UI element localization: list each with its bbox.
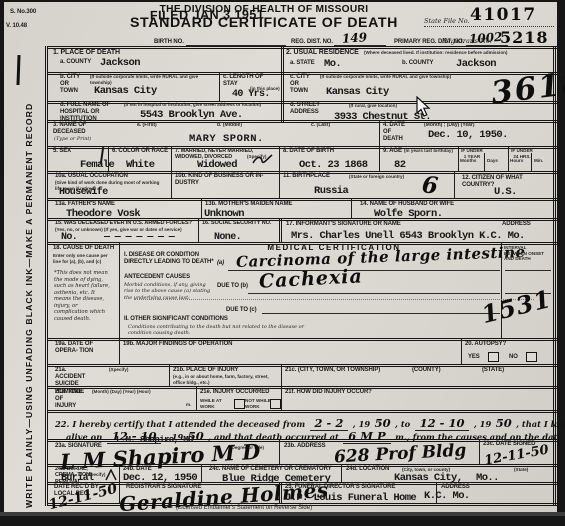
field-8-dob-value: Oct. 23 1868 bbox=[299, 160, 367, 171]
state-file-label: State File No. bbox=[424, 17, 470, 25]
field-2a-state-value: Mo. bbox=[324, 59, 341, 70]
field-21c-state-label: (STATE) bbox=[482, 367, 504, 374]
field-2b-county-value: Jackson bbox=[456, 59, 496, 70]
certificate-paper: S. No.300 V. 10.48 WRITE PLAINLY—USING U… bbox=[4, 2, 557, 512]
due-to-c-label: DUE TO (c) bbox=[226, 307, 257, 314]
field-1b-city-label: b. CITY OR TOWN bbox=[60, 74, 86, 96]
field-24d-location-label: 24d. LOCATION bbox=[346, 466, 389, 473]
injury-while-label: WHILE AT WORK bbox=[200, 398, 232, 409]
field-13b-mother-value: Unknown bbox=[204, 209, 244, 220]
age-min-label: Min. bbox=[534, 158, 543, 164]
field-21c-city-label: 21c. (CITY, TOWN, OR TOWNSHIP) bbox=[285, 367, 380, 374]
field-2c-city-value: Kansas City bbox=[326, 87, 389, 98]
field-20-autopsy-label: 20. AUTOPSY? bbox=[465, 341, 506, 348]
field-12-citizen-value: U.S. bbox=[494, 187, 517, 198]
field-3-name-label: 3. NAME OF DECEASED bbox=[53, 122, 101, 136]
scan-edge-shadow bbox=[0, 512, 565, 516]
antecedent-causes-label: ANTECEDENT CAUSES bbox=[124, 274, 190, 281]
field-3-name-hint: (Type or Print) bbox=[54, 136, 91, 142]
field-11-birthplace-label: 11. BIRTHPLACE bbox=[283, 173, 330, 180]
certify-hour-value: 6 M P bbox=[343, 429, 390, 444]
funeral-director-value: J.P. Louis Funeral Home bbox=[285, 493, 416, 504]
field-2b-county-label: b. COUNTY bbox=[402, 60, 433, 67]
field-2d-street-label: d. STREET ADDRESS bbox=[290, 102, 330, 116]
field-21c-county-label: (COUNTY) bbox=[412, 367, 441, 374]
interval-label: INTERVAL BETWEEN ONSET AND DEATH bbox=[504, 245, 550, 262]
form-number-line2: V. 10.48 bbox=[6, 23, 27, 30]
field-21d-time-hint: (Month) (Day) (Year) (Hour) bbox=[92, 389, 202, 395]
field-21b-place-hint: (e.g., in or about home, farm, factory, … bbox=[173, 374, 273, 385]
state-file-number: 41017 bbox=[470, 5, 537, 25]
autopsy-no-label: NO bbox=[509, 354, 518, 361]
mouse-cursor bbox=[416, 96, 432, 118]
field-8-dob-label: 8. DATE OF BIRTH bbox=[283, 148, 334, 155]
field-2-section-label: 2. USUAL RESIDENCE bbox=[286, 49, 359, 57]
field-2-section-hint: (Where deceased lived. If institution: r… bbox=[364, 50, 552, 56]
age-months-label: Months bbox=[460, 158, 476, 164]
field-21d-m-label: m. bbox=[186, 402, 191, 408]
field-4-dod-hint: (Month) ; (Day) (Year) bbox=[424, 122, 554, 128]
field-24b-date-value: Dec. 12, 1950 bbox=[123, 473, 197, 484]
autopsy-yes-label: YES bbox=[468, 354, 480, 361]
field-1a-county-value: Jackson bbox=[100, 58, 140, 69]
field-23b-address-label: 23b. ADDRESS bbox=[284, 443, 326, 450]
due-to-b-handwritten: Cachexia bbox=[258, 265, 363, 292]
field-16-ssn-value: None. bbox=[214, 233, 241, 243]
reg-dist-number: 149 bbox=[342, 30, 368, 46]
form-number-line1: S. No.300 bbox=[10, 9, 36, 16]
field-1b-city-hint: (If outside corporate limits, write RURA… bbox=[90, 74, 215, 85]
field-1c-stay-value: 40 Yrs. bbox=[232, 90, 270, 100]
field-15-forces-dashes: — — — — — — — bbox=[104, 233, 174, 243]
field-16-ssn-label: 16. SOCIAL SECURITY NO. bbox=[202, 220, 274, 227]
field-11-birthplace-value: Russia bbox=[314, 186, 348, 197]
field-6-race-label: 6. COLOR OR RACE bbox=[112, 148, 168, 155]
not-while-at-work-checkbox bbox=[270, 399, 281, 409]
field-21e-occurred-label: 21e. INJURY OCCURRED bbox=[200, 389, 269, 396]
field-4-dod-value: Dec. 10, 1950. bbox=[428, 130, 508, 141]
division-title: THE DIVISION OF HEALTH OF MISSOURI bbox=[124, 4, 404, 15]
field-1d-institution-hint: (If not in hospital or institution, give… bbox=[124, 102, 269, 108]
field-24d-state-hint: (State) bbox=[514, 467, 528, 473]
field-15-forces-label: 15. WAS DECEASED EVER IN U.S. ARMED FORC… bbox=[55, 220, 197, 227]
burial-caret-mark bbox=[104, 469, 118, 481]
while-at-work-checkbox bbox=[234, 399, 245, 409]
field-13a-father-value: Theodore Vosk bbox=[66, 209, 140, 220]
field-19b-findings-label: 19b. MAJOR FINDINGS OF OPERATION bbox=[123, 341, 232, 348]
margin-vertical-instruction: WRITE PLAINLY—USING UNFADING BLACK INK—M… bbox=[24, 100, 34, 508]
field-24a-burial-value: Burial bbox=[61, 474, 93, 484]
field-14-spouse-value: Wolfe Sporn. bbox=[374, 209, 442, 220]
field-15-forces-value: No. bbox=[61, 233, 77, 243]
field-1d-institution-value: 5543 Brooklyn Ave. bbox=[140, 110, 243, 121]
funeral-address-value: K.C. Mo. bbox=[424, 491, 470, 502]
field-7-marital-value: Widowed bbox=[197, 160, 237, 171]
birthplace-handwritten-annotation: 6 bbox=[421, 171, 440, 200]
field-11-birthplace-hint: (State or foreign country) bbox=[349, 174, 404, 180]
scanned-death-certificate: S. No.300 V. 10.48 WRITE PLAINLY—USING U… bbox=[0, 0, 565, 526]
other-significant-label: II. OTHER SIGNIFICANT CONDITIONS bbox=[124, 316, 228, 323]
field-18-cause-hint: Enter only one cause per line for (a), (… bbox=[53, 253, 113, 264]
field-4-dod-label: 4. DATE OF DEATH bbox=[383, 122, 411, 144]
autopsy-no-checkbox bbox=[526, 352, 537, 362]
antecedent-causes-hint: Morbid conditions, if any, giving rise t… bbox=[124, 282, 214, 301]
field-21f-how-label: 21f. HOW DID INJURY OCCUR? bbox=[285, 389, 372, 396]
field-24d-location-value: Kansas City, bbox=[394, 473, 462, 484]
registrar-number: 5218 bbox=[500, 28, 549, 47]
field-5-sex-label: 5. SEX bbox=[53, 148, 71, 155]
form-title: STANDARD CERTIFICATE OF DEATH bbox=[114, 15, 414, 31]
field-10a-occupation-value: Housewife bbox=[59, 188, 108, 198]
autopsy-yes-checkbox bbox=[488, 352, 499, 362]
field-9-age-label: 9. AGE bbox=[383, 148, 402, 155]
field-1a-county-label: a. COUNTY bbox=[60, 59, 91, 66]
field-1d-institution-label: d. FULL NAME OF HOSPITAL OR INSTITUTION bbox=[60, 102, 115, 124]
field-3-name-value: MARY SPORN. bbox=[189, 134, 264, 145]
marital-check-mark bbox=[252, 153, 274, 167]
field-1b-city-value: Kansas City bbox=[94, 86, 157, 97]
field-2a-state-label: a. STATE bbox=[290, 60, 315, 67]
field-21a-accident-hint: (Specify) bbox=[109, 367, 128, 373]
field-10b-industry-label: 10b. KIND OF BUSINESS OR IN- DUSTRY bbox=[175, 173, 275, 187]
field-21d-time-label: 21d. TIME OF INJURY bbox=[55, 389, 85, 411]
due-to-b-label: DUE TO (b) bbox=[217, 283, 248, 290]
field-17-informant-value: Mrs. Charles Unell 6543 Brooklyn K.C. Mo… bbox=[291, 231, 525, 242]
age-hours-label: Hours bbox=[510, 158, 523, 164]
field-17-informant-label: 17. INFORMANT'S SIGNATURE OR NAME bbox=[286, 221, 401, 228]
field-5-sex-value: Female bbox=[80, 160, 114, 171]
field-9-age-value: 82 bbox=[394, 160, 405, 171]
funeral-director-label: 25. FUNERAL DIRECTOR'S SIGNATURE bbox=[285, 484, 395, 491]
field-2c-city-hint: (If outside corporate limits, write RURA… bbox=[320, 74, 490, 80]
field-19a-operation-date-label: 19a. DATE OF OPERA- TION bbox=[55, 341, 115, 355]
field-3-col-first: a. (First) bbox=[137, 122, 157, 128]
interval-handwritten-annotation: 1531 bbox=[479, 284, 555, 329]
age-days-label: Days bbox=[487, 158, 498, 164]
field-6-race-value: White bbox=[126, 160, 155, 171]
field-17-address-label: ADDRESS bbox=[502, 221, 531, 228]
margin-pen-stroke bbox=[16, 55, 20, 85]
field-18-cause-label: 18. CAUSE OF DEATH bbox=[53, 245, 114, 252]
other-significant-hint: Conditions contributing to the death but… bbox=[128, 324, 308, 337]
field-3-col-last: c. (Last) bbox=[311, 122, 330, 128]
field-3-col-middle: b. (Middle) bbox=[217, 122, 242, 128]
field-9-age-hint: (In years last birthday) bbox=[404, 148, 454, 154]
registrar-no-label: Registrar's No. bbox=[442, 37, 492, 45]
field-18-cause-note: *This does not mean the mode of dying, s… bbox=[54, 270, 112, 322]
disease-a-label: (a) bbox=[217, 260, 224, 267]
disease-condition-label: I. DISEASE OR CONDITION DIRECTLY LEADING… bbox=[124, 252, 214, 266]
field-24d-state-value: Mo.. bbox=[476, 473, 499, 484]
field-2c-city-label: c. CITY OR TOWN bbox=[290, 74, 316, 96]
